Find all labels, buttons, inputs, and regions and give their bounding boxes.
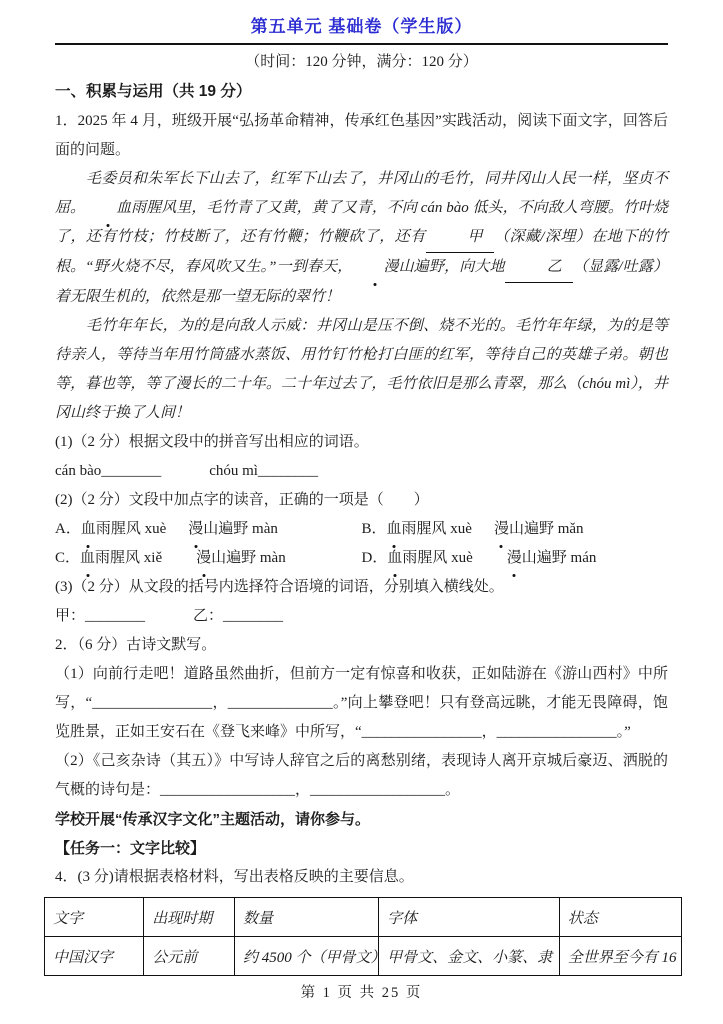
label-jia: 甲： [55, 608, 85, 624]
option-d-word-1: 雨腥风 xuè [402, 550, 472, 566]
option-d: D．血雨腥风 xuè漫山遍野 mán [362, 544, 669, 573]
option-d-dot-char-1: 血 [387, 544, 402, 573]
answer-blank-jia: ________ [85, 608, 145, 624]
header-chuxianshiqi: 出现时期 [144, 898, 235, 937]
q1-sub3-answer-line: 甲：________乙：________ [55, 602, 668, 631]
option-b: B．血雨腥风 xuè漫山遍野 mǎn [362, 515, 669, 544]
q1-passage-2: 毛竹年年长，为的是向敌人示威：井冈山是压不倒、烧不光的。毛竹年年绿，为的是等待亲… [55, 312, 668, 428]
option-b-word-1: 雨腥风 xuè [402, 521, 472, 537]
exam-body: 一、积累与运用（共 19 分） 1．2025 年 4 月，班级开展“弘扬革命精神… [55, 77, 668, 976]
header-shuliang: 数量 [235, 898, 379, 937]
q1-sub3-stem: (3)（2 分）从文段的括号内选择符合语境的词语，分别填入横线处。 [55, 573, 668, 602]
q4-stem: 4．(3 分)请根据表格材料，写出表格反映的主要信息。 [55, 863, 668, 892]
exam-time-score: （时间：120 分钟，满分：120 分） [55, 47, 668, 77]
option-a-dot-char-2: 漫 [188, 515, 203, 544]
cell-ziti: 甲骨文、金文、小篆、隶 [379, 937, 560, 976]
option-a: A．血雨腥风 xuè漫山遍野 màn [55, 515, 362, 544]
q2-stem: 2．（6 分）古诗文默写。 [55, 631, 668, 660]
option-c: C．血雨腥风 xiě漫山遍野 màn [55, 544, 362, 573]
header-wenzi: 文字 [45, 898, 144, 937]
cell-shuliang: 约 4500 个（甲骨文） [235, 937, 379, 976]
option-d-label: D． [362, 550, 388, 566]
page-title: 第五单元 基础卷（学生版） [55, 12, 668, 37]
dotted-char-man: 漫 [352, 253, 398, 282]
header-zhuangtai: 状态 [559, 898, 681, 937]
pinyin-choumi: chóu mì [209, 463, 258, 479]
answer-blank-yi: ________ [223, 608, 283, 624]
characters-table: 文字 出现时期 数量 字体 状态 中国汉字 公元前 约 4500 个（甲骨文） … [44, 897, 682, 976]
cell-chuxianshiqi: 公元前 [144, 937, 235, 976]
q1-sub2-stem: (2)（2 分）文段中加点字的读音，正确的一项是（ ） [55, 486, 668, 515]
cell-wenzi: 中国汉字 [45, 937, 144, 976]
option-c-word-1: 雨腥风 xiě [95, 550, 162, 566]
answer-blank-1: ________ [101, 463, 161, 479]
pinyin-canbao: cán bào [55, 463, 101, 479]
option-b-word-2: 山遍野 mǎn [509, 521, 584, 537]
task1-heading: 【任务一：文字比较】 [55, 834, 668, 863]
option-a-dot-char-1: 血 [81, 515, 96, 544]
q1-stem: 1．2025 年 4 月，班级开展“弘扬革命精神，传承红色基因”实践活动，阅读下… [55, 107, 668, 165]
option-b-dot-char-1: 血 [387, 515, 402, 544]
table-row: 中国汉字 公元前 约 4500 个（甲骨文） 甲骨文、金文、小篆、隶 全世界至今… [45, 937, 682, 976]
section1-heading: 一、积累与运用（共 19 分） [55, 77, 668, 107]
option-c-dot-char-1: 血 [80, 544, 95, 573]
blank-jia: 甲 [426, 223, 494, 253]
title-divider [55, 43, 668, 45]
option-a-word-1: 雨腥风 xuè [96, 521, 166, 537]
passage1-seg4: 山遍野，向大地 [398, 259, 504, 275]
option-d-word-2: 山遍野 mán [522, 550, 597, 566]
q1-sub2-options: A．血雨腥风 xuè漫山遍野 màn B．血雨腥风 xuè漫山遍野 mǎn C．… [55, 515, 668, 573]
option-a-word-2: 山遍野 màn [203, 521, 278, 537]
q2-part1: （1）向前行走吧！道路虽然曲折，但前方一定有惊喜和收获，正如陆游在《游山西村》中… [55, 660, 668, 747]
answer-blank-2: ________ [258, 463, 318, 479]
q1-sub1-stem: (1)（2 分）根据文段中的拼音写出相应的词语。 [55, 428, 668, 457]
dotted-char-xue: 血 [85, 194, 131, 223]
option-c-label: C． [55, 550, 80, 566]
option-d-dot-char-2: 漫 [507, 544, 522, 573]
option-a-label: A． [55, 521, 81, 537]
header-ziti: 字体 [379, 898, 560, 937]
page-number: 第 1 页 共 25 页 [0, 981, 723, 1002]
table-header-row: 文字 出现时期 数量 字体 状态 [45, 898, 682, 937]
option-c-word-2: 山遍野 màn [211, 550, 286, 566]
label-yi: 乙： [193, 608, 223, 624]
exam-page: 第五单元 基础卷（学生版） （时间：120 分钟，满分：120 分） 一、积累与… [0, 0, 723, 1024]
q2-part2: （2）《己亥杂诗（其五）》中写诗人辞官之后的离愁别绪，表现诗人离开京城后豪迈、洒… [55, 747, 668, 805]
page-header: 第五单元 基础卷（学生版） （时间：120 分钟，满分：120 分） [55, 12, 668, 77]
option-b-label: B． [362, 521, 387, 537]
q1-sub1-answer-line: cán bào________chóu mì________ [55, 457, 668, 486]
option-b-dot-char-2: 漫 [494, 515, 509, 544]
q1-passage-1: 毛委员和朱军长下山去了，红军下山去了，井冈山的毛竹，同井冈山人民一样，坚贞不屈。… [55, 165, 668, 312]
cell-zhuangtai: 全世界至今有 16 [559, 937, 681, 976]
blank-yi: 乙 [505, 253, 573, 283]
option-c-dot-char-2: 漫 [196, 544, 211, 573]
activity-intro: 学校开展“传承汉字文化”主题活动，请你参与。 [55, 805, 668, 834]
